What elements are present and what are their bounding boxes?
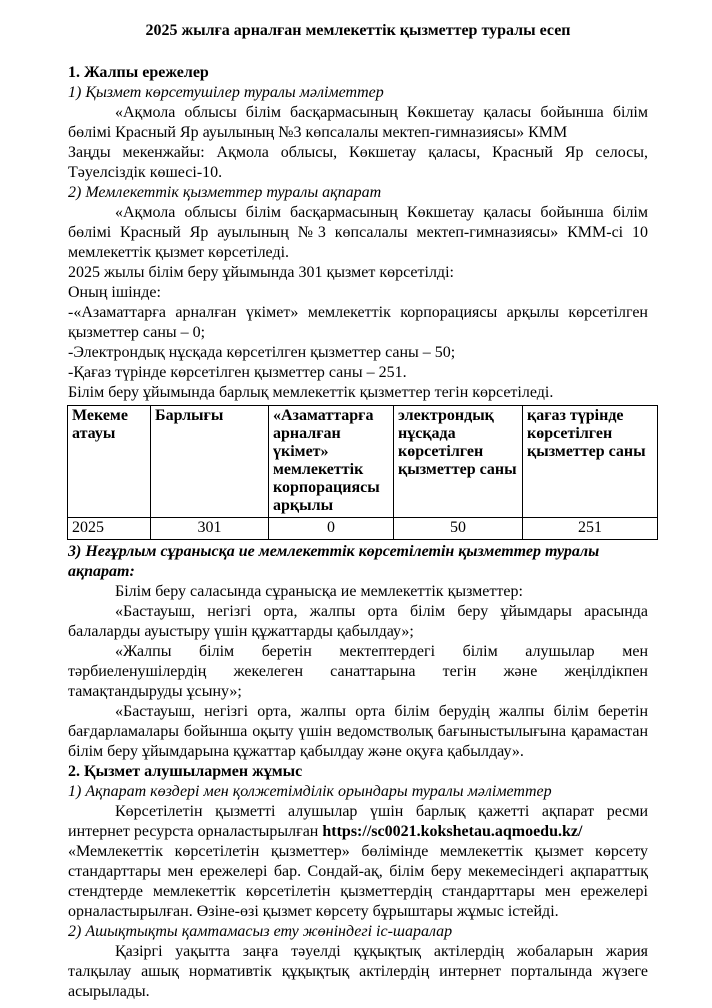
table-header-paper: қағаз түрінде көрсетілген қызметтер саны xyxy=(523,406,658,518)
popular-services-intro: Білім беру саласында сұранысқа ие мемлек… xyxy=(68,582,648,602)
popular-service-3: «Бастауыш, негізгі орта, жалпы орта білі… xyxy=(68,702,648,762)
table-cell-total: 301 xyxy=(151,518,269,540)
electronic-services-line: -Электрондық нұсқада көрсетілген қызметт… xyxy=(68,343,648,363)
table-cell-gov-corporation: 0 xyxy=(269,518,394,540)
popular-service-2: «Жалпы білім беретін мектептердегі білім… xyxy=(68,642,648,702)
provider-info-paragraph: «Ақмола облысы білім басқармасының Көкше… xyxy=(68,103,648,143)
including-line: Оның ішінде: xyxy=(68,283,648,303)
subsection-2-2-heading: 2) Ашықтықты қамтамасыз ету жөніндегі іс… xyxy=(68,922,648,942)
total-services-line: 2025 жылы білім беру ұйымында 301 қызмет… xyxy=(68,263,648,283)
table-header-electronic: электрондық нұсқада көрсетілген қызметте… xyxy=(394,406,523,518)
document-page: 2025 жылға арналған мемлекеттік қызметте… xyxy=(0,0,712,1008)
table-header-gov-corporation: «Азаматтарға арналған үкімет» мемлекетті… xyxy=(269,406,394,518)
subsection-1-1-heading: 1) Қызмет көрсетушілер туралы мәліметтер xyxy=(68,83,648,103)
subsection-2-1-heading: 1) Ақпарат көздері мен қолжетімділік оры… xyxy=(68,782,648,802)
table-cell-year: 2025 xyxy=(68,518,151,540)
services-provided-paragraph: «Ақмола облысы білім басқармасының Көкше… xyxy=(68,203,648,263)
info-sources-line-2: интернет ресурста орналастырылған https:… xyxy=(68,822,648,842)
gov-corporation-services-line: -«Азаматтарға арналған үкімет» мемлекетт… xyxy=(68,303,648,343)
table-header-row: Мекеме атауы Барлығы «Азаматтарға арналғ… xyxy=(68,406,658,518)
paper-services-line: -Қағаз түрінде көрсетілген қызметтер сан… xyxy=(68,363,648,383)
table-header-total: Барлығы xyxy=(151,406,269,518)
table-data-row: 2025 301 0 50 251 xyxy=(68,518,658,540)
subsection-1-3-heading: 3) Неғұрлым сұранысқа ие мемлекеттік көр… xyxy=(68,542,648,582)
info-sources-line-2-text: интернет ресурста орналастырылған xyxy=(68,823,322,840)
standards-paragraph: «Мемлекеттік көрсетілетін қызметтер» бөл… xyxy=(68,842,648,922)
document-title: 2025 жылға арналған мемлекеттік қызметте… xyxy=(68,21,648,41)
free-services-line: Білім беру ұйымында барлық мемлекеттік қ… xyxy=(68,383,648,403)
section-2-heading: 2. Қызмет алушылармен жұмыс xyxy=(68,762,648,782)
transparency-paragraph: Қазіргі уақытта заңға тәуелді құқықтық а… xyxy=(68,942,648,1002)
section-1-heading: 1. Жалпы ережелер xyxy=(68,63,648,83)
table-cell-paper: 251 xyxy=(523,518,658,540)
popular-service-1: «Бастауыш, негізгі орта, жалпы орта білі… xyxy=(68,602,648,642)
website-url: https://sc0021.kokshetau.aqmoedu.kz/ xyxy=(322,823,582,840)
services-statistics-table: Мекеме атауы Барлығы «Азаматтарға арналғ… xyxy=(67,405,658,540)
info-sources-line-1: Көрсетілетін қызметті алушылар үшін барл… xyxy=(68,802,648,822)
table-header-institution: Мекеме атауы xyxy=(68,406,151,518)
subsection-1-2-heading: 2) Мемлекеттік қызметтер туралы ақпарат xyxy=(68,183,648,203)
legal-address-paragraph: Заңды мекенжайы: Ақмола облысы, Көкшетау… xyxy=(68,143,648,183)
table-cell-electronic: 50 xyxy=(394,518,523,540)
